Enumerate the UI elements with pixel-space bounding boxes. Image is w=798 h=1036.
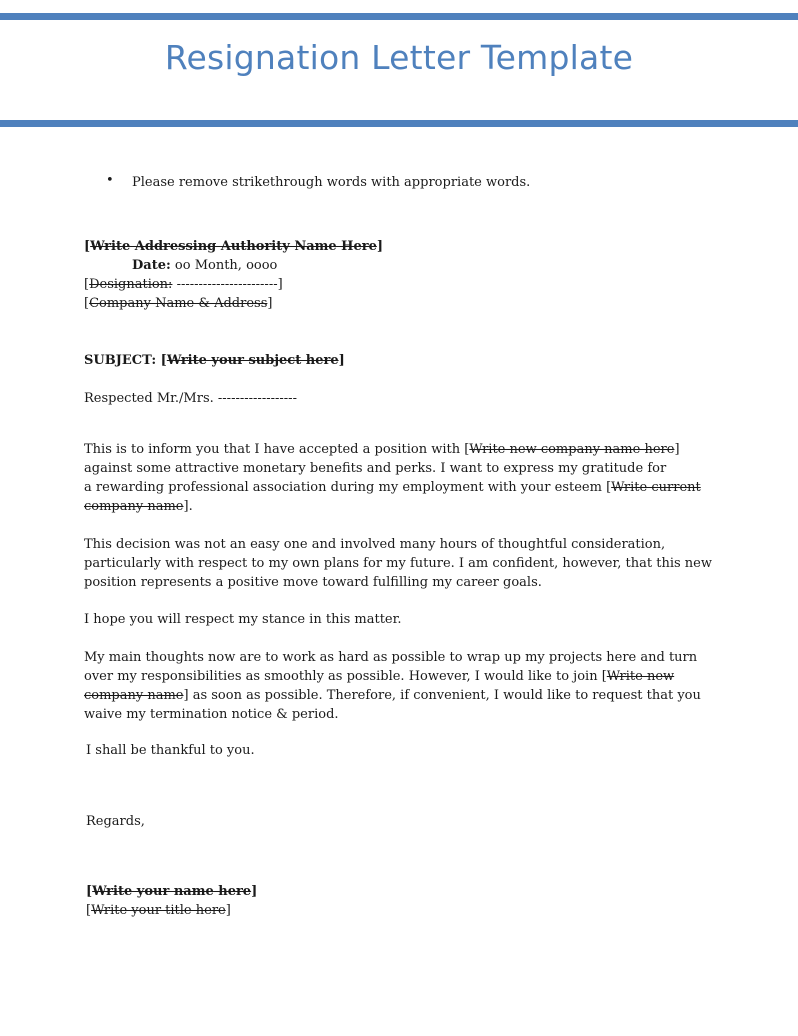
page-title: Resignation Letter Template [0, 38, 798, 77]
paragraph-3: I hope you will respect my stance in thi… [84, 610, 402, 629]
regards: Regards, [86, 812, 145, 831]
header-bottom-rule [0, 120, 798, 127]
designation-line: [Designation: -----------------------] [84, 275, 283, 294]
closing-line: I shall be thankful to you. [86, 741, 255, 760]
paragraph-1: This is to inform you that I have accept… [84, 440, 734, 516]
subject-line: SUBJECT: [Write your subject here] [84, 351, 345, 370]
paragraph-4: My main thoughts now are to work as hard… [84, 648, 734, 724]
instruction-text: Please remove strikethrough words with a… [132, 173, 530, 192]
paragraph-2: This decision was not an easy one and in… [84, 535, 734, 592]
signature-name: [Write your name here] [86, 882, 257, 901]
salutation: Respected Mr./Mrs. ------------------ [84, 389, 297, 408]
addressing-authority: [Write Addressing Authority Name Here] [84, 237, 383, 256]
signature-title: [Write your title here] [86, 901, 231, 920]
company-address-line: [Company Name & Address] [84, 294, 272, 313]
header-top-rule [0, 13, 798, 20]
bullet-icon: • [106, 173, 114, 188]
date-line: Date: oo Month, oooo [132, 256, 277, 275]
